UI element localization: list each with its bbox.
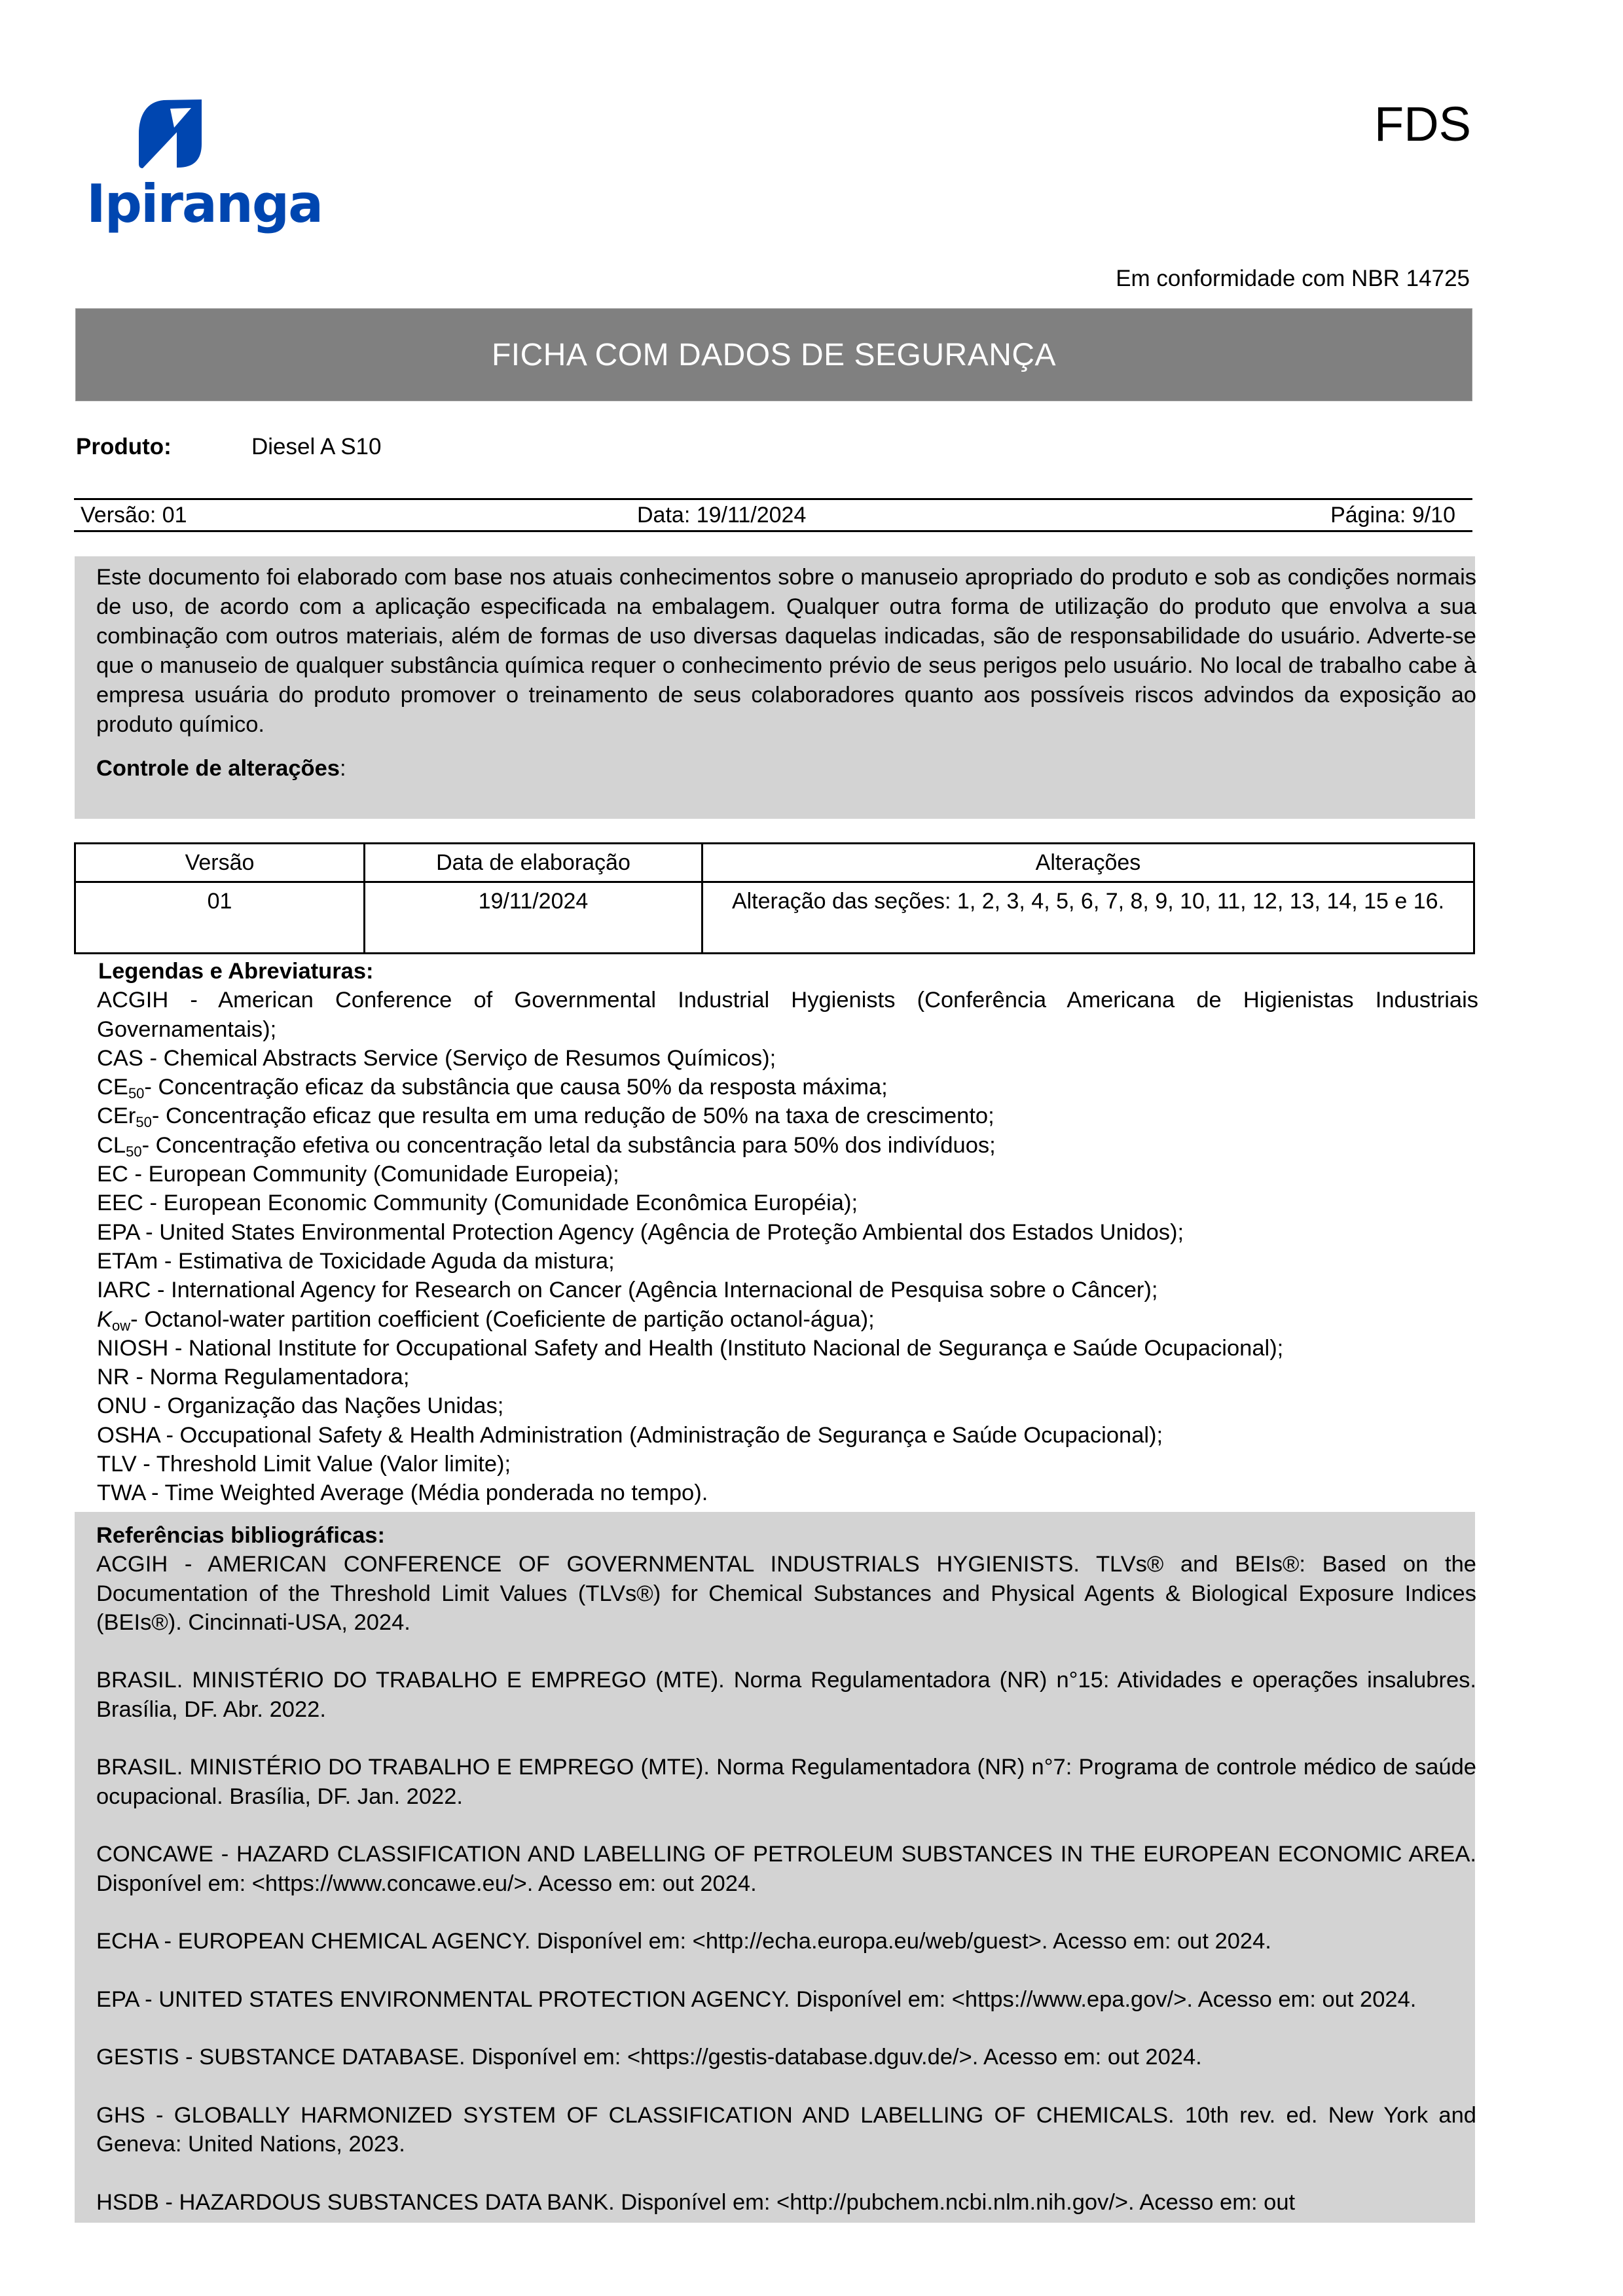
- date-label: Data: 19/11/2024: [637, 503, 806, 528]
- legend-item: IARC - International Agency for Research…: [97, 1276, 1478, 1304]
- reference-item: EPA - UNITED STATES ENVIRONMENTAL PROTEC…: [96, 1985, 1476, 2014]
- reference-item: CONCAWE - HAZARD CLASSIFICATION AND LABE…: [96, 1840, 1476, 1898]
- references-box: Referências bibliográficas: ACGIH - AMER…: [75, 1512, 1475, 2223]
- changes-heading: Controle de alterações:: [96, 754, 346, 783]
- disclaimer-box: Este documento foi elaborado com base no…: [75, 556, 1475, 819]
- document-code: FDS: [1374, 98, 1471, 151]
- legend-item: NR - Norma Regulamentadora;: [97, 1363, 1478, 1391]
- legend-item: EPA - United States Environmental Protec…: [97, 1218, 1478, 1247]
- table-row: 01 19/11/2024 Alteração das seções: 1, 2…: [75, 882, 1474, 954]
- cell-changes: Alteração das seções: 1, 2, 3, 4, 5, 6, …: [702, 882, 1474, 954]
- page-title: FICHA COM DADOS DE SEGURANÇA: [492, 337, 1056, 373]
- legend-item: ACGIH - American Conference of Governmen…: [97, 986, 1478, 1044]
- ipiranga-logo-icon: [137, 98, 203, 170]
- column-header: Versão: [75, 844, 365, 882]
- version-label: Versão: 01: [81, 503, 187, 528]
- references-list: ACGIH - AMERICAN CONFERENCE OF GOVERNMEN…: [96, 1550, 1476, 2217]
- reference-item: BRASIL. MINISTÉRIO DO TRABALHO E EMPREGO…: [96, 1666, 1476, 1724]
- legend-section: Legendas e Abreviaturas: ACGIH - America…: [98, 957, 1478, 1508]
- product-value: Diesel A S10: [251, 434, 381, 459]
- page-number: Página: 9/10: [1330, 503, 1455, 528]
- changes-table: Versão Data de elaboração Alterações 01 …: [74, 842, 1475, 954]
- legend-item: CAS - Chemical Abstracts Service (Serviç…: [97, 1044, 1478, 1073]
- legend-item: EEC - European Economic Community (Comun…: [97, 1189, 1478, 1217]
- document-meta-row: Versão: 01 Data: 19/11/2024 Página: 9/10: [74, 498, 1472, 532]
- reference-item: HSDB - HAZARDOUS SUBSTANCES DATA BANK. D…: [96, 2188, 1476, 2217]
- table-header-row: Versão Data de elaboração Alterações: [75, 844, 1474, 882]
- cell-version: 01: [75, 882, 365, 954]
- legend-item: TWA - Time Weighted Average (Média ponde…: [97, 1479, 1478, 1507]
- reference-item: BRASIL. MINISTÉRIO DO TRABALHO E EMPREGO…: [96, 1753, 1476, 1811]
- column-header: Data de elaboração: [365, 844, 702, 882]
- reference-item: GHS - GLOBALLY HARMONIZED SYSTEM OF CLAS…: [96, 2101, 1476, 2159]
- legend-item: Kow- Octanol-water partition coefficient…: [97, 1305, 1478, 1334]
- legend-item: CEr50- Concentração eficaz que resulta e…: [97, 1102, 1478, 1130]
- legend-list: ACGIH - American Conference of Governmen…: [98, 986, 1478, 1507]
- references-heading: Referências bibliográficas:: [96, 1521, 1476, 1550]
- legend-heading: Legendas e Abreviaturas:: [98, 957, 1478, 986]
- reference-item: ACGIH - AMERICAN CONFERENCE OF GOVERNMEN…: [96, 1550, 1476, 1637]
- column-header: Alterações: [702, 844, 1474, 882]
- legend-item: CL50- Concentração efetiva ou concentraç…: [97, 1131, 1478, 1160]
- legend-item: NIOSH - National Institute for Occupatio…: [97, 1334, 1478, 1363]
- title-bar: FICHA COM DADOS DE SEGURANÇA: [75, 308, 1472, 401]
- disclaimer-text: Este documento foi elaborado com base no…: [96, 563, 1476, 740]
- product-label: Produto:: [76, 433, 251, 461]
- cell-date: 19/11/2024: [365, 882, 702, 954]
- legend-item: EC - European Community (Comunidade Euro…: [97, 1160, 1478, 1189]
- product-row: Produto:Diesel A S10: [76, 433, 381, 461]
- legend-item: ETAm - Estimativa de Toxicidade Aguda da…: [97, 1247, 1478, 1276]
- brand-wordmark: Ipiranga: [86, 178, 322, 230]
- legend-item: ONU - Organização das Nações Unidas;: [97, 1391, 1478, 1420]
- conformity-note: Em conformidade com NBR 14725: [1116, 266, 1470, 292]
- reference-item: ECHA - EUROPEAN CHEMICAL AGENCY. Disponí…: [96, 1927, 1476, 1956]
- legend-item: OSHA - Occupational Safety & Health Admi…: [97, 1421, 1478, 1450]
- legend-item: CE50- Concentração eficaz da substância …: [97, 1073, 1478, 1102]
- legend-item: TLV - Threshold Limit Value (Valor limit…: [97, 1450, 1478, 1479]
- reference-item: GESTIS - SUBSTANCE DATABASE. Disponível …: [96, 2043, 1476, 2072]
